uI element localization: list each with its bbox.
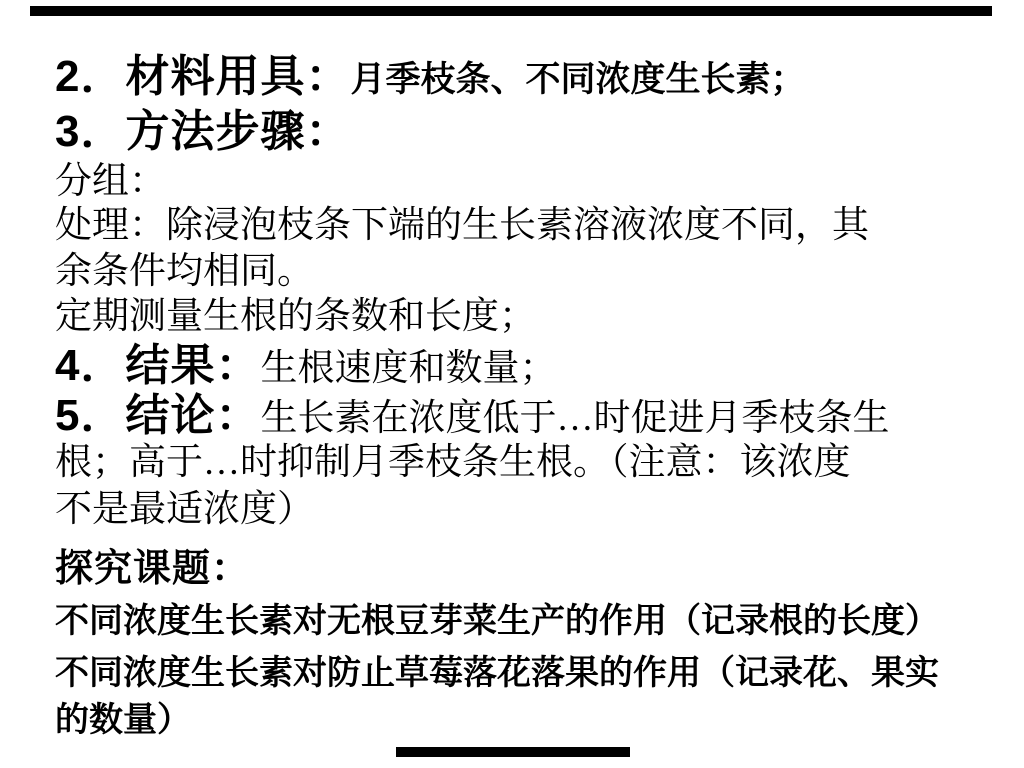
heading-conclusion: 5．结论： xyxy=(55,391,260,440)
grouping-text: 分组： xyxy=(55,161,166,202)
line-4-results: 4．结果：生根速度和数量； xyxy=(55,341,556,390)
line-explore-item-2-cont: 的数量） xyxy=(55,701,191,739)
bottom-rule xyxy=(396,747,630,757)
explore-item-2-text: 不同浓度生长素对防止草莓落花落果的作用（记录花、果实 xyxy=(55,654,939,692)
line-conclusion-cont: 根；高于…时抑制月季枝条生根。（注意：该浓度 xyxy=(55,442,851,483)
conclusion-cont-text: 根；高于…时抑制月季枝条生根。（注意：该浓度 xyxy=(55,442,851,483)
line-treatment-cont: 余条件均相同。 xyxy=(55,251,314,292)
explore-item-2-cont-text: 的数量） xyxy=(55,701,191,739)
line-measurement: 定期测量生根的条数和长度； xyxy=(55,296,536,337)
line-3-methods: 3．方法步骤： xyxy=(55,107,350,156)
line-explore-item-1: 不同浓度生长素对无根豆芽菜生产的作用（记录根的长度） xyxy=(55,602,939,640)
explore-item-1-text: 不同浓度生长素对无根豆芽菜生产的作用（记录根的长度） xyxy=(55,602,939,640)
line-conclusion-end: 不是最适浓度） xyxy=(55,489,314,530)
heading-materials: 2．材料用具： xyxy=(55,52,350,101)
line-5-conclusion: 5．结论：生长素在浓度低于…时促进月季枝条生 xyxy=(55,391,889,440)
results-text: 生根速度和数量； xyxy=(260,348,556,389)
top-rule xyxy=(30,6,992,16)
line-grouping: 分组： xyxy=(55,161,166,202)
treatment-text: 处理：除浸泡枝条下端的生长素溶液浓度不同，其 xyxy=(55,205,869,246)
treatment-cont-text: 余条件均相同。 xyxy=(55,251,314,292)
line-explore-item-2: 不同浓度生长素对防止草莓落花落果的作用（记录花、果实 xyxy=(55,654,939,692)
line-2-materials: 2．材料用具：月季枝条、不同浓度生长素； xyxy=(55,52,806,101)
slide: 2．材料用具：月季枝条、不同浓度生长素； 3．方法步骤： 分组： 处理：除浸泡枝… xyxy=(0,0,1024,768)
explore-title-text: 探究课题： xyxy=(55,548,250,590)
heading-results: 4．结果： xyxy=(55,341,260,390)
line-explore-title: 探究课题： xyxy=(55,548,250,591)
materials-text: 月季枝条、不同浓度生长素； xyxy=(350,60,805,99)
line-treatment: 处理：除浸泡枝条下端的生长素溶液浓度不同，其 xyxy=(55,205,869,246)
measurement-text: 定期测量生根的条数和长度； xyxy=(55,296,536,337)
conclusion-text: 生长素在浓度低于…时促进月季枝条生 xyxy=(260,398,889,439)
heading-methods: 3．方法步骤： xyxy=(55,107,350,156)
conclusion-end-text: 不是最适浓度） xyxy=(55,489,314,530)
